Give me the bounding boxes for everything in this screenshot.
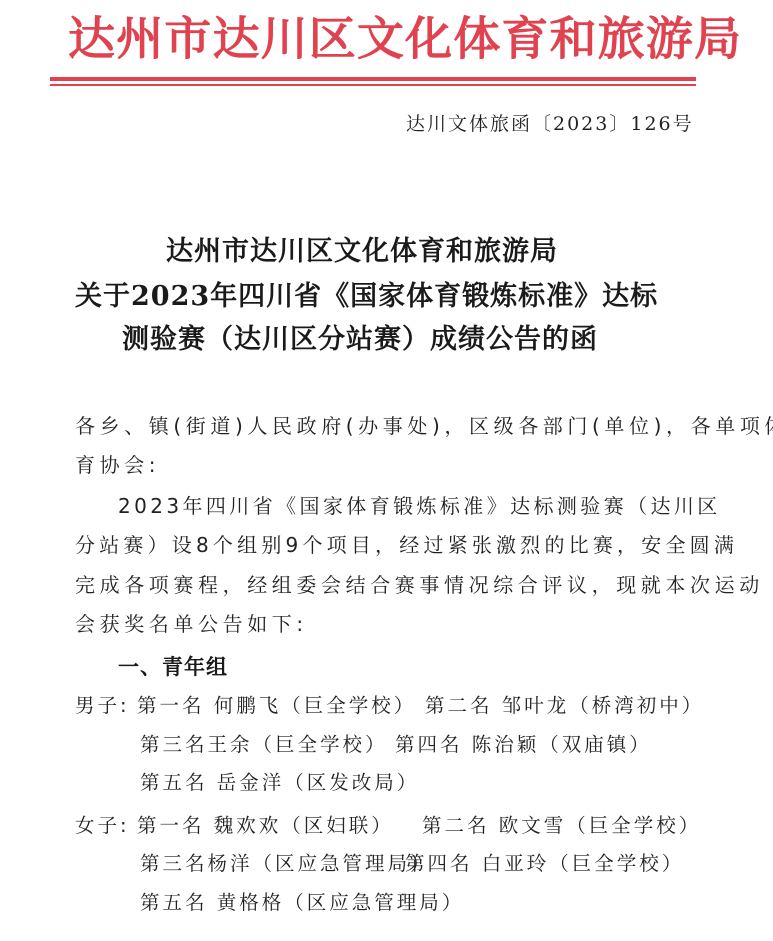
award-name: 魏欢欢 (214, 814, 282, 837)
award-unit: （巨全学校） (253, 733, 388, 756)
title-line-1: 达州市达川区文化体育和旅游局 (166, 232, 558, 272)
award-rank: 第一名 (137, 694, 205, 717)
award-unit: （巨全学校） (549, 852, 684, 875)
award-unit: （双庙镇） (539, 733, 652, 756)
letterhead-agency-name: 达州市达川区文化体育和旅游局 (68, 9, 731, 72)
group-label-female: 女子: (75, 811, 130, 841)
award-rank: 第三名 (140, 852, 208, 875)
award-name: 欧文雪 (499, 814, 567, 837)
award-name: 岳金洋 (217, 771, 285, 794)
award-name: 黄格格 (217, 891, 285, 914)
award-name: 白亚玲 (482, 852, 550, 875)
group-label-male: 男子: (75, 691, 130, 721)
award-entry: 第三名王余（巨全学校） (140, 730, 388, 760)
red-rule-thick (50, 77, 696, 81)
red-rule-thin (50, 84, 696, 86)
letterhead-red-rule (50, 77, 696, 87)
award-unit: （区妇联） (281, 814, 394, 837)
award-name: 杨洋 (208, 852, 253, 875)
award-rank: 第五名 (140, 771, 208, 794)
award-unit: （巨全学校） (281, 694, 416, 717)
award-rank: 第五名 (140, 891, 208, 914)
award-rank: 第二名 (422, 814, 490, 837)
title-line-3: 测验赛（达川区分站赛）成绩公告的函 (122, 320, 598, 360)
document-number: 达川文体旅函〔2023〕126号 (406, 110, 694, 138)
award-unit: （区发改局） (284, 771, 419, 794)
award-entry: 第一名 何鹏飞（巨全学校） (137, 691, 416, 721)
award-name: 王余 (208, 733, 253, 756)
title-line-2: 关于2023年四川省《国家体育锻炼标准》达标 (75, 277, 658, 317)
salutation-line-1: 各乡、镇(街道)人民政府(办事处)，区级各部门(单位)，各单项体 (75, 411, 773, 441)
paragraph-line-2: 分站赛）设8个组别9个项目，经过紧张激烈的比赛，安全圆满 (75, 530, 738, 560)
salutation-line-2: 育协会: (75, 450, 160, 480)
award-entry: 第一名 魏欢欢（区妇联） (137, 811, 394, 841)
award-rank: 第二名 (425, 694, 493, 717)
award-entry: 第二名 欧文雪（巨全学校） (422, 811, 701, 841)
award-entry: 第四名 白亚玲（巨全学校） (405, 849, 684, 879)
award-name: 何鹏飞 (214, 694, 282, 717)
award-entry: 第五名 黄格格（区应急管理局） (140, 888, 464, 918)
award-entry: 第三名杨洋（区应急管理局） (140, 849, 433, 879)
award-unit: （巨全学校） (566, 814, 701, 837)
award-unit: （桥湾初中） (569, 694, 704, 717)
paragraph-line-4: 会获奖名单公告如下: (75, 609, 308, 639)
award-entry: 第二名 邹叶龙（桥湾初中） (425, 691, 704, 721)
award-rank: 第四名 (395, 733, 463, 756)
award-rank: 第三名 (140, 733, 208, 756)
award-name: 邹叶龙 (502, 694, 570, 717)
award-name: 陈治颖 (472, 733, 540, 756)
award-rank: 第一名 (137, 814, 205, 837)
paragraph-line-1: 2023年四川省《国家体育锻炼标准》达标测验赛（达川区 (118, 491, 721, 521)
award-entry: 第五名 岳金洋（区发改局） (140, 768, 419, 798)
award-unit: （区应急管理局） (284, 891, 464, 914)
paragraph-line-3: 完成各项赛程，经组委会结合赛事情况综合评议，现就本次运动 (75, 570, 764, 600)
award-entry: 第四名 陈治颖（双庙镇） (395, 730, 652, 760)
section-heading-youth: 一、青年组 (118, 652, 228, 682)
award-rank: 第四名 (405, 852, 473, 875)
